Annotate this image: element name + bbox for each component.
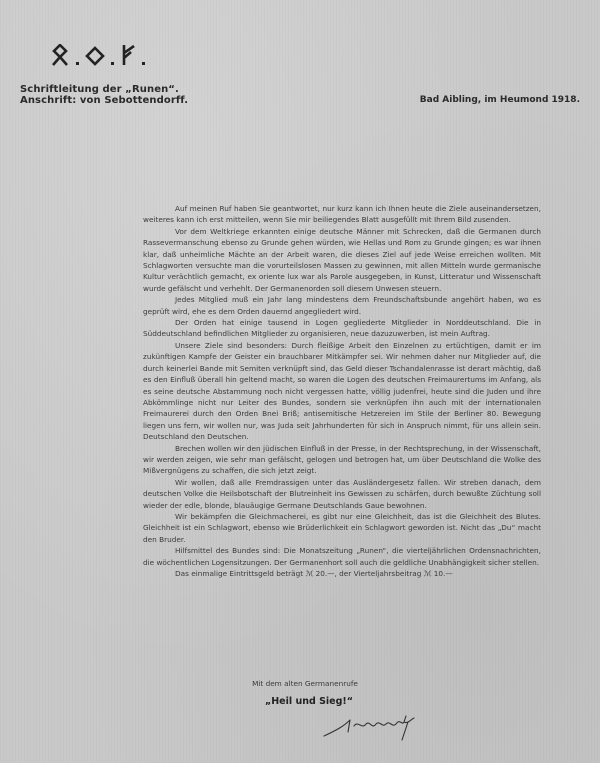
- closing-greeting: Mit dem alten Germanenrufe: [252, 679, 358, 688]
- letter-body: Auf meinen Ruf haben Sie geantwortet, nu…: [143, 203, 541, 579]
- letter-page: Schriftleitung der „Runen“. Anschrift: v…: [0, 0, 600, 763]
- paragraph: Das einmalige Eintrittsgeld beträgt ℳ 20…: [143, 568, 541, 579]
- paragraph: Wir wollen, daß alle Fremdrassigen unter…: [143, 477, 541, 511]
- rune-logo: [50, 44, 147, 66]
- place-date: Bad Aibling, im Heumond 1918.: [420, 95, 580, 105]
- paragraph: Auf meinen Ruf haben Sie geantwortet, nu…: [143, 203, 541, 226]
- letterhead-line-2: Anschrift: von Sebottendorff.: [20, 95, 188, 106]
- fehu-rune-icon: [120, 44, 136, 66]
- paragraph: Hilfsmittel des Bundes sind: Die Monatsz…: [143, 545, 541, 568]
- paragraph: Vor dem Weltkriege erkannten einige deut…: [143, 226, 541, 294]
- paragraph: Unsere Ziele sind besonders: Durch fleiß…: [143, 340, 541, 443]
- closing-salute: „Heil und Sieg!“: [18, 696, 600, 707]
- signature-icon: [322, 712, 422, 742]
- paragraph: Wir bekämpfen die Gleichmacherei, es gib…: [143, 511, 541, 545]
- letterhead-line-1: Schriftleitung der „Runen“.: [20, 84, 188, 95]
- closing: Mit dem alten Germanenrufe „Heil und Sie…: [0, 679, 600, 707]
- othala-rune-icon: [50, 44, 70, 66]
- paragraph: Jedes Mitglied muß ein Jahr lang mindest…: [143, 294, 541, 317]
- paragraph: Der Orden hat einige tausend in Logen ge…: [143, 317, 541, 340]
- letterhead: Schriftleitung der „Runen“. Anschrift: v…: [20, 84, 188, 106]
- paragraph: Brechen wollen wir den jüdischen Einfluß…: [143, 443, 541, 477]
- diamond-rune-icon: [85, 46, 105, 66]
